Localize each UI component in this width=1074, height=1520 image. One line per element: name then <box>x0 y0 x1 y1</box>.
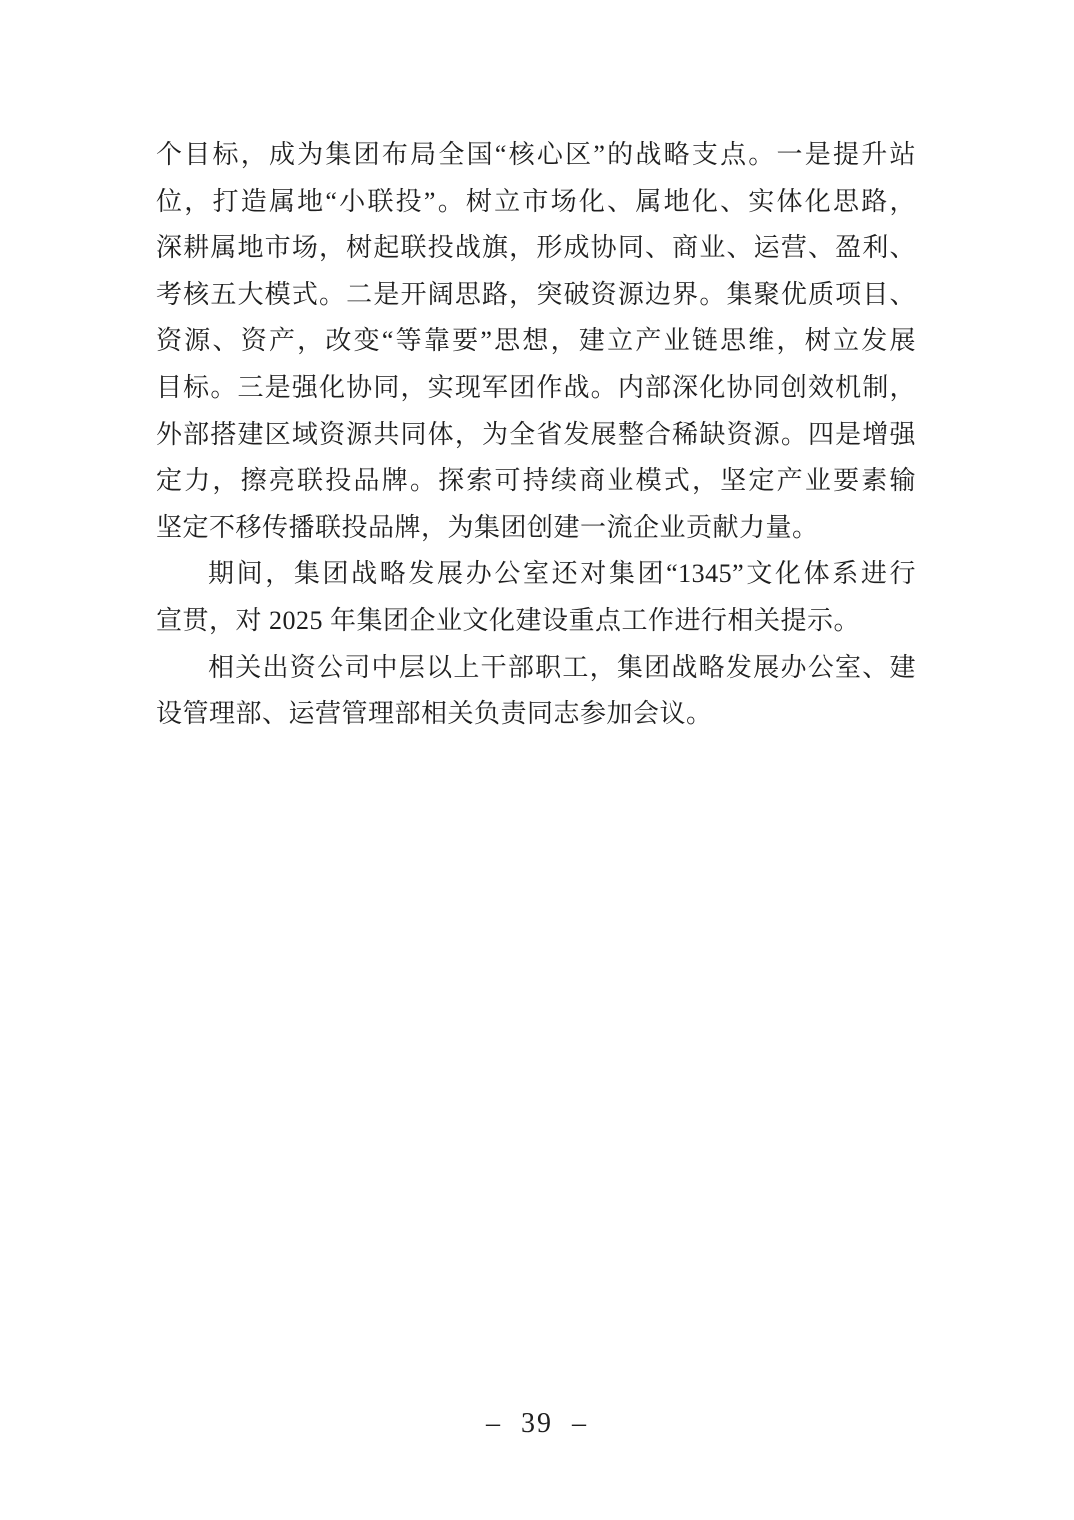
text-line: 位，打造属地“小联投”。树立市场化、属地化、实体化思路， <box>156 179 916 226</box>
document-body: 个目标，成为集团布局全国“核心区”的战略支点。一是提升站位，打造属地“小联投”。… <box>156 132 916 738</box>
text-line: 考核五大模式。二是开阔思路，突破资源边界。集聚优质项目、 <box>156 272 916 319</box>
text-line: 期间，集团战略发展办公室还对集团“1345”文化体系进行 <box>156 551 916 598</box>
page-number: – 39 – <box>0 1402 1074 1446</box>
text-line: 相关出资公司中层以上干部职工，集团战略发展办公室、建 <box>156 645 916 692</box>
text-line: 设管理部、运营管理部相关负责同志参加会议。 <box>156 691 916 738</box>
text-line: 资源、资产，改变“等靠要”思想，建立产业链思维，树立发展 <box>156 318 916 365</box>
text-line: 宣贯，对 2025 年集团企业文化建设重点工作进行相关提示。 <box>156 598 916 645</box>
text-line: 目标。三是强化协同，实现军团作战。内部深化协同创效机制， <box>156 365 916 412</box>
text-line: 外部搭建区域资源共同体，为全省发展整合稀缺资源。四是增强 <box>156 412 916 459</box>
document-page: 个目标，成为集团布局全国“核心区”的战略支点。一是提升站位，打造属地“小联投”。… <box>0 0 1074 1520</box>
text-line: 深耕属地市场，树起联投战旗，形成协同、商业、运营、盈利、 <box>156 225 916 272</box>
text-line: 坚定不移传播联投品牌，为集团创建一流企业贡献力量。 <box>156 505 916 552</box>
text-line: 定力，擦亮联投品牌。探索可持续商业模式，坚定产业要素输出， <box>156 458 916 505</box>
text-line: 个目标，成为集团布局全国“核心区”的战略支点。一是提升站 <box>156 132 916 179</box>
